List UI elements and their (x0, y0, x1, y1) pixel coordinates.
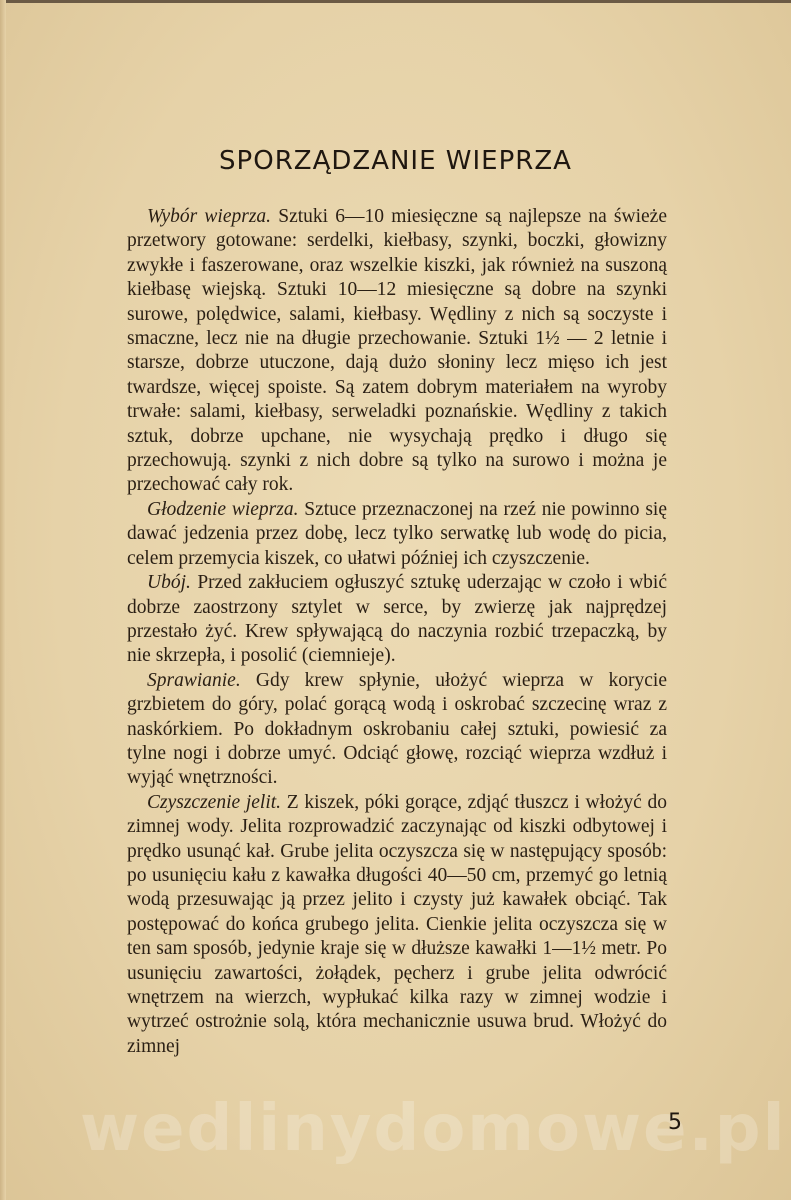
page-top-edge (0, 0, 791, 3)
paragraph-uboj: Ubój. Przed zakłuciem ogłuszyć sztukę ud… (127, 571, 667, 669)
paragraph-czyszczenie: Czyszczenie jelit. Z kiszek, póki gorące… (127, 791, 667, 1059)
page-title: SPORZĄDZANIE WIEPRZA (0, 146, 791, 176)
paragraph-text: Przed zakłuciem ogłuszyć sztukę uderzają… (127, 572, 667, 666)
paragraph-text: Sztuki 6—10 miesięczne są najlepsze na ś… (127, 206, 667, 495)
paragraph-sprawianie: Sprawianie. Gdy krew spłynie, ułożyć wie… (127, 669, 667, 791)
book-page: SPORZĄDZANIE WIEPRZA Wybór wieprza. Sztu… (0, 0, 791, 1200)
paragraph-wybor: Wybór wieprza. Sztuki 6—10 miesięczne są… (127, 205, 667, 498)
paragraph-heading: Ubój. (147, 572, 191, 593)
paragraph-heading: Sprawianie. (147, 670, 241, 691)
page-number: 5 (668, 1110, 682, 1135)
paragraph-heading: Wybór wieprza. (147, 206, 271, 227)
paragraph-glodzenie: Głodzenie wieprza. Sztuce przeznaczonej … (127, 498, 667, 571)
body-text: Wybór wieprza. Sztuki 6—10 miesięczne są… (127, 205, 667, 1059)
page-binding-edge (0, 0, 6, 1200)
paragraph-heading: Czyszczenie jelit. (147, 792, 281, 813)
paragraph-text: Z kiszek, póki gorące, zdjąć tłuszcz i w… (127, 792, 667, 1057)
paragraph-heading: Głodzenie wieprza. (147, 499, 298, 520)
